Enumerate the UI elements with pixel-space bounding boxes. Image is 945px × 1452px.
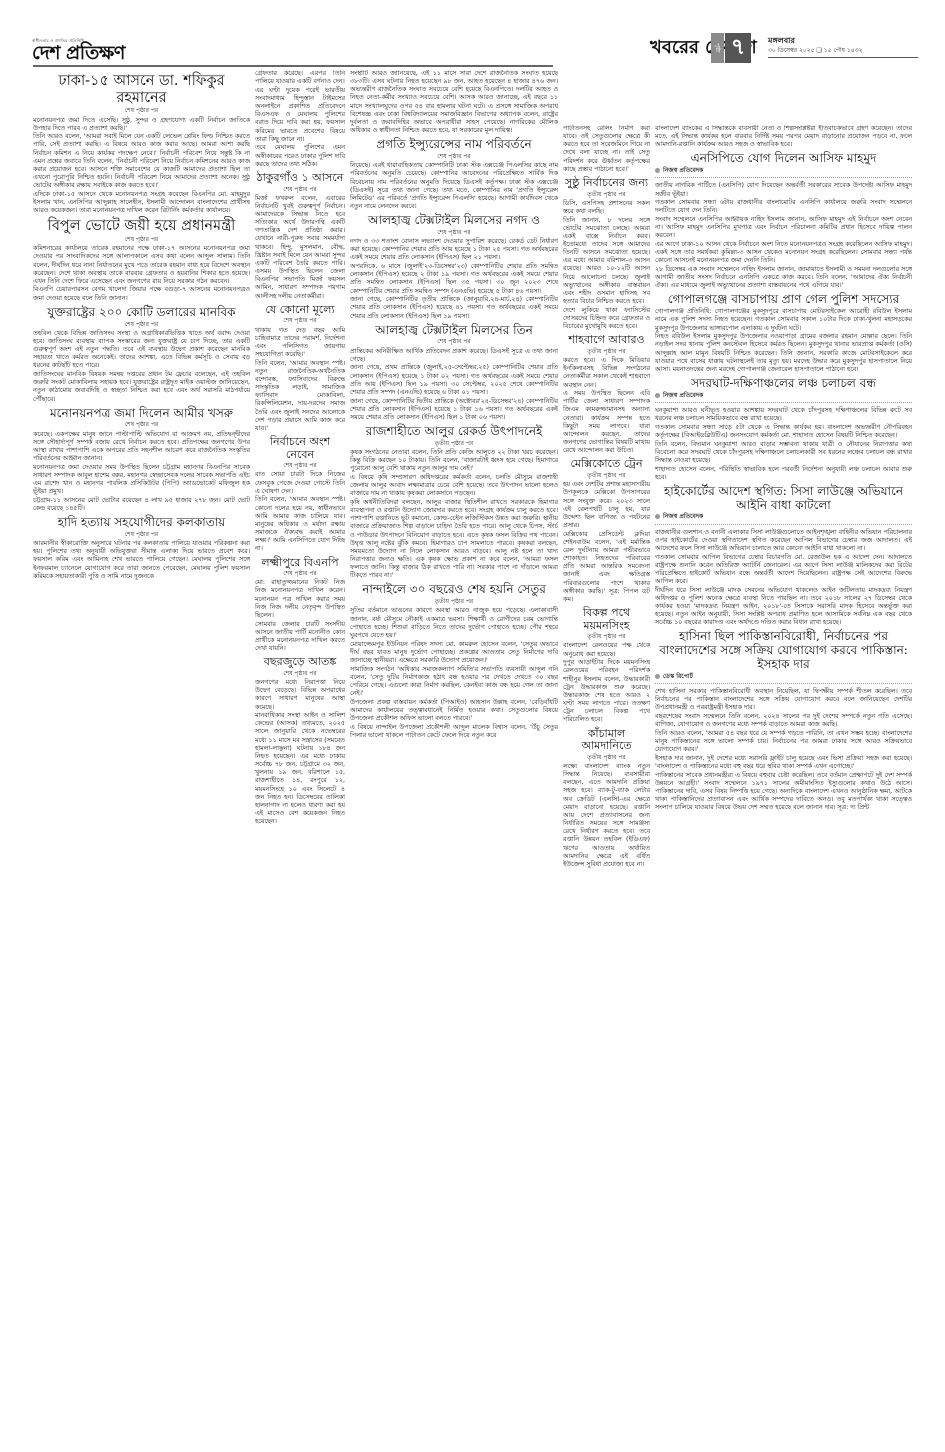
article-highcourt-sisa: হাইকোর্টের আদেশ স্থগিত: সিসা লাউঞ্জে অভি… (655, 485, 912, 628)
article-alhaj-cash: আলহাজ্ব টেক্সটাইল মিলসের নগদ ও শেষ পৃষ্ঠ… (350, 214, 558, 321)
headline: মেক্সিকোতে ট্রেন (563, 458, 650, 471)
headline: এনসিপিতে যোগ দিলেন আসিফ মাহমুদ (655, 152, 912, 166)
article-year-panic-continued: সংস্থাটি আরও জানিয়েছে, এই ১১ মাসে সারা … (350, 70, 558, 135)
paragraph: জাতীয় নাগরিক পার্টিতে (এনসিপি) যোগ দিয়… (655, 182, 912, 198)
paragraph: মনোনয়নপত্র জমা দিতে এসেছি। সুষ্ঠু, সুন্… (33, 117, 250, 133)
paragraph: অপরদিকে, ৬ মাসে (জুলাই'২৩-ডিসেম্বর'২৩) ক… (350, 263, 558, 296)
article-rajshahi-potato: রাজশাহীতে আলুর রেকর্ড উৎপাদনেই তৃতীয় পৃ… (350, 425, 558, 580)
paragraph: এর আগে ঢাকা-১০ আসন থেকে নির্বাচনে অংশ নি… (655, 241, 912, 265)
paragraph: তিনি বলেন, 'আমার অবস্থান স্পষ্ট। কোনো দল… (255, 496, 345, 553)
paragraph: পাটাতনসহ রেলিং নির্মাণ করা যাবে। ওই সেতু… (563, 125, 650, 174)
weekday: মঙ্গলবার (768, 36, 918, 46)
headline: যে কোনো মূল্যে (255, 304, 345, 317)
continued-from: শেষ পৃষ্ঠার পর (33, 421, 250, 429)
headline: যুক্তরাষ্ট্রের ২০০ কোটি ডলারের মানবিক (33, 306, 250, 320)
headline: শাহবাগে আবারও (563, 334, 650, 347)
publication-date: ৩০ ডিসেম্বর ২০২৫ ❑ ১৫ পৌষ ১৪৩২ (768, 46, 918, 58)
paragraph: রাজধানীর গুলশান ও বনানী এলাকার সিসা লাউঞ… (655, 529, 912, 553)
paragraph: প্রান্তিকের অনিরীক্ষিত আর্থিক প্রতিবেদন … (350, 348, 558, 364)
headline: ঢাকা-১৫ আসনে ডা. শফিকুর রহমানের (33, 73, 250, 106)
paragraph: এর ঘণ্টা দুয়েক পরেই ভারতীয় সংবাদমাধ্যম… (255, 87, 345, 144)
paragraph: বিএনপি চেয়ারপারসন বেগম খালেদা জিয়ার পক… (33, 286, 250, 302)
headline: রাজশাহীতে আলুর রেকর্ড উৎপাদনেই (350, 425, 558, 439)
headline: হাসিনা ছিল পাকিস্তানবিরোধী, নির্বাচনের প… (655, 630, 912, 671)
divider (655, 683, 912, 684)
article-us-humanitarian: যুক্তরাষ্ট্রের ২০০ কোটি ডলারের মানবিক শে… (33, 306, 250, 404)
paragraph: তহবিল থেকে বিভিন্ন জাতিসংঘ সংস্থা ও অগ্র… (33, 330, 250, 371)
paragraph: তিনি বলেন, বিদ্যমান ঘনকুয়াশা আরও বাড়ার… (655, 441, 912, 465)
paragraph: চট্টগ্রাম-১১ আসনের মোট ভোটার রয়েছেন ৪ ল… (33, 497, 250, 513)
byline-text: নিজস্ব প্রতিবেদক (663, 513, 703, 520)
paragraph: মানবাধিকার সংস্থা আইন ও সালিশ কেন্দ্রের … (255, 712, 345, 826)
article-any-cost: যে কোনো মূল্যে শেষ পৃষ্ঠার পর থাকায় গত … (255, 304, 345, 433)
paragraph: মোয়াজ্জেমপুর ইউনিয়ন পরিষদ সদস্য মো. কা… (350, 641, 558, 665)
continued-from: শেষ পৃষ্ঠার পর (350, 338, 558, 346)
paragraph: সামাজিক সংগঠন 'অধিকার সমাজকল্যাণ সমিতি'র… (350, 666, 558, 699)
paragraph: বাংলাদেশ রেলওয়ের পক্ষ থেকে অনুরোধ করা হ… (563, 642, 650, 658)
headline: বিকল্প পথে ময়মনসিংহ (563, 607, 650, 632)
headline: বিপুল ভোটে জয়ী হয়ে প্রধানমন্ত্রী (33, 218, 250, 235)
byline-text: নিজস্ব প্রতিবেদক (663, 392, 703, 399)
brand-name: দেশ প্রতিক্ষণ (32, 43, 125, 63)
article-hadi-murder: হাদি হত্যায় সহযোগীদের কলকাতায় শেষ পৃষ্… (33, 516, 250, 581)
headline: সুষ্ঠু নির্বাচনের জন্য (563, 177, 650, 190)
byline: নিজস্ব প্রতিবেদক (655, 513, 912, 521)
column-2: গ্রেফতার করেছে। এরপর তিনি পালিয়ে যাওয়া… (255, 70, 345, 1452)
paragraph: আরমানীর স্বীকারোক্তি অনুসারে ঘটনার পর কল… (33, 540, 250, 581)
paragraph: মির্জা ফখরুল বলেন, এবারের নির্বাচনটি খুব… (255, 195, 345, 301)
byline: নিজস্ব প্রতিবেদক (655, 392, 912, 400)
paragraph: করেছে। একপক্ষের মানুষ জানে পাল্টাপাল্টি … (33, 431, 250, 464)
paragraph: শেখ হাসিনা সরকার পাকিস্তানবিরোধী অবস্থান… (655, 688, 912, 712)
continued-from: শেষ পৃষ্ঠার পর (255, 670, 345, 678)
headline: মনোনয়নপত্র জমা দিলেন আমীর খসরু (33, 407, 250, 421)
masthead: স্বাধীনতার ও প্রগতির প্রতিনিধি দেশ প্রতি… (0, 0, 945, 60)
paragraph: গ্রেফতার করেছে। এরপর তিনি পালিয়ে যাওয়া… (255, 70, 345, 86)
paragraph: নিয়েছে। এরই ধারাবাহিকতায় কোম্পানিটি ঢা… (350, 162, 558, 211)
continued-from: শেষ পৃষ্ঠার পর (350, 229, 558, 237)
headline: লক্ষ্মীপুরে বিএনপি (255, 557, 345, 570)
continued-from: তৃতীয় পৃষ্ঠার পর (563, 754, 650, 762)
paragraph: সোমবার জেলার চারটি সংসদীয় আসনে জাতীয় প… (255, 621, 345, 654)
article-sadarghat-launch: সদরঘাট-দক্ষিণাঞ্চলের লঞ্চ চলাচল বন্ধ নিজ… (655, 377, 912, 482)
byline-text: নিজস্ব প্রতিবেদক (663, 167, 703, 174)
article-mymensingh: বিকল্প পথে ময়মনসিংহ তৃতীয় পৃষ্ঠার পর ব… (563, 607, 650, 725)
paragraph: কৃষক সংগঠনের নেতারা বলেন, তিনি প্রতি কেজ… (350, 449, 558, 473)
paragraph: এ বিষয়ে নান্দাইল উপজেলা প্রকৌশলী আব্দুল… (350, 724, 558, 740)
paragraph: থাকায় গত দেড় বছর আমি চাহিবামাত্র তাদের… (255, 327, 345, 360)
article-ncp-asif: এনসিপিতে যোগ দিলেন আসিফ মাহমুদ নিজস্ব প্… (655, 152, 912, 290)
paragraph: মেক্সিকোর প্রেসিডেন্ট ক্লদিয়া শেইনবাউম … (563, 531, 650, 604)
page-number: ৭ (725, 33, 751, 63)
article-bipul-vote: বিপুল ভোটে জয়ী হয়ে প্রধানমন্ত্রী শেষ প… (33, 218, 250, 302)
paragraph: দুপুর আড়াইটার দিকে ময়মনসিংহ রেলওয়ের প… (563, 659, 650, 724)
paragraph: তিনি জানান, ৮ দলের সঙ্গে ভোটের সমঝোতা চল… (563, 217, 650, 307)
paragraph: নিহত রবিউল ইসলাম মুকসুদপুর উপজেলার নওয়া… (655, 333, 912, 374)
paragraph: বাংলাদেশ ব্যাংকের এ সিদ্ধান্তকে ব্যবসায়… (655, 125, 912, 149)
paragraph: ডিসি, এসপিসহ প্রশাসনের সকল স্তরে কথা বলছ… (563, 200, 650, 216)
paragraph: তিনি আরও বলেন, 'আমরা সবাই মিলে যেন একটি … (33, 133, 250, 190)
paragraph: করতে হবে। এ দিকে মিডিয়ার ইনকিলাবসহ বিভি… (563, 357, 650, 390)
paragraph: গতকাল সোমবার সন্ধ্যা সাড়ে ৫টা থেকে এ সি… (655, 424, 912, 440)
paragraph: এ সময় উপস্থিত ছিলেন এবি পার্টির জেলা সা… (563, 390, 650, 455)
article-thakurgaon: ঠাকুরগাঁও ১ আসনে শেষ পৃষ্ঠার পর মির্জা ফ… (255, 172, 345, 301)
paragraph: দেশে লুকিয়ে থাকা ফ্যাসিস্টের দোসরদের চি… (563, 307, 650, 331)
article-nandail-continued: পাটাতনসহ রেলিং নির্মাণ করা যাবে। ওই সেতু… (563, 125, 650, 174)
paragraph: জনগণের মধ্যে নিরাপত্তা নিয়ে উদ্বেগ বেড়… (255, 679, 345, 712)
paragraph: শাহাদাত হোসেন বলেন, পরিস্থিতি স্বাভাবিক … (655, 466, 912, 482)
byline: ডেস্ক রিপোর্ট (655, 673, 912, 681)
column-1: ঢাকা-১৫ আসনে ডা. শফিকুর রহমানের শেষ পৃষ্… (33, 70, 250, 1452)
headline: আলহাজ্ব টেক্সটাইল মিলসের নগদ ও (350, 214, 558, 228)
headline: বছরজুড়ে আতঙ্ক (255, 656, 345, 669)
headline: নির্বাচনে অংশ নেবেন (255, 436, 345, 461)
article-year-panic: বছরজুড়ে আতঙ্ক শেষ পৃষ্ঠার পর জনগণের মধ্… (255, 656, 345, 826)
article-election-participate: নির্বাচনে অংশ নেবেন শেষ পৃষ্ঠার পর রাত স… (255, 436, 345, 554)
brand-logo: স্বাধীনতার ও প্রগতির প্রতিনিধি দেশ প্রতি… (32, 38, 125, 63)
byline: নিজস্ব প্রতিবেদক (655, 167, 912, 175)
headline: হাদি হত্যায় সহযোগীদের কলকাতায় (33, 516, 250, 530)
divider (655, 177, 912, 178)
paragraph: এ বিষয়ে কৃষি সম্প্রসারণ অধিদপ্তরের কর্ম… (350, 474, 558, 498)
bullet-icon (655, 168, 660, 173)
page-label: পৃষ্ঠা (711, 33, 724, 63)
headline: ঠাকুরগাঁও ১ আসনে (255, 172, 345, 185)
headline: সদরঘাট-দক্ষিণাঞ্চলের লঞ্চ চলাচল বন্ধ (655, 377, 912, 391)
paragraph: গতকাল সোমবার আপিল বিভাগের চেম্বার বিচারপ… (655, 554, 912, 587)
continued-from: শেষ পৃষ্ঠার পর (33, 107, 250, 115)
article-hasina-pakistan: হাসিনা ছিল পাকিস্তানবিরোধী, নির্বাচনের প… (655, 630, 912, 812)
paragraph: গোপালগঞ্জ প্রতিনিধি: গোপালগঞ্জের মুকসুদপ… (655, 308, 912, 332)
paragraph: জানা গেছে, কোম্পানিটির দ্বিতীয় প্রান্তি… (350, 398, 558, 422)
article-lakshmipur: লক্ষ্মীপুরে বিএনপি শেষ পৃষ্ঠার পর মো: রা… (255, 557, 345, 654)
continued-from: শেষ পৃষ্ঠার পর (255, 570, 345, 578)
continued-from: তৃতীয় পৃষ্ঠার পর (563, 472, 650, 480)
column-4: পাটাতনসহ রেলিং নির্মাণ করা যাবে। ওই সেতু… (563, 125, 650, 1452)
continued-from: তৃতীয় পৃষ্ঠার পর (563, 348, 650, 356)
article-fair-election: সুষ্ঠু নির্বাচনের জন্য তৃতীয় পৃষ্ঠার পর… (563, 177, 650, 331)
headline: গোপালগঞ্জে বাসচাপায় প্রাণ গেল পুলিশ সদস… (655, 293, 912, 307)
paragraph: ২৮ ডিসেম্বর এক সংবাদ সম্মেলনে নাহিদ ইসলা… (655, 266, 912, 290)
headline: কাঁচামাল আমদানিতে (563, 728, 650, 753)
paragraph: কৃষি অর্থনীতিবিদরা বলছেন, আলুর বাজার স্থ… (350, 499, 558, 581)
bullet-icon (655, 393, 660, 398)
paragraph: সংবাদ সম্মেলনে এনসিপির আহ্বায়ক নাহিদ ইস… (655, 216, 912, 240)
byline-text: ডেস্ক রিপোর্ট (663, 673, 693, 680)
continued-from: তৃতীয় পৃষ্ঠার পর (350, 598, 558, 606)
paragraph: জানা গেছে, প্রথম প্রান্তিকে (জুলাই,২৫-সে… (350, 364, 558, 397)
paragraph: ইসহাক দার জানান, দুই দেশের মধ্যে সরাসরি … (655, 755, 912, 771)
paragraph: মো: রাহাতুজ্জমানের নিকট নিজ নিজ মনোনয়নপ… (255, 579, 345, 620)
continued-from: শেষ পৃষ্ঠার পর (33, 321, 250, 329)
article-gopalganj-bus: গোপালগঞ্জে বাসচাপায় প্রাণ গেল পুলিশ সদস… (655, 293, 912, 374)
paragraph: তবে মেঘালয় পুলিশের এমন অস্বীকারের পরেও … (255, 144, 345, 168)
article-shahbag: শাহবাগে আবারও তৃতীয় পৃষ্ঠার পর করতে হবে… (563, 334, 650, 455)
paragraph: রাত সোয়া চারটা দিকে নিজের ফেসবুক পেজে দ… (255, 471, 345, 495)
column-5: বাংলাদেশ ব্যাংকের এ সিদ্ধান্তকে ব্যবসায়… (655, 125, 912, 1452)
headline: হাইকোর্টের আদেশ স্থগিত: সিসা লাউঞ্জে অভি… (655, 485, 912, 513)
paragraph: সংস্থাটি আরও জানিয়েছে, এই ১১ মাসে সারা … (350, 70, 558, 135)
article-progoti-insurance: প্রগতি ইন্স্যুরেন্সের নাম পরিবর্তনে শেষ … (350, 138, 558, 211)
article-amir-khasru: মনোনয়নপত্র জমা দিলেন আমীর খসরু শেষ পৃষ্… (33, 407, 250, 514)
paragraph: কমিশনারের কার্যালয়ে তারেক রহমানের পক্ষে… (33, 245, 250, 286)
paragraph: মনোনয়নপত্র জমা দেওয়ার সময় উপস্থিত ছিল… (33, 464, 250, 497)
article-bb-decision: বাংলাদেশ ব্যাংকের এ সিদ্ধান্তকে ব্যবসায়… (655, 125, 912, 149)
article-mexico-train: মেক্সিকোতে ট্রেন তৃতীয় পৃষ্ঠার পর হয় এ… (563, 458, 650, 604)
continued-from: শেষ পৃষ্ঠার পর (350, 153, 558, 161)
continued-from: তৃতীয় পৃষ্ঠার পর (350, 440, 558, 448)
paragraph: ঘনকুয়াশা আরও ঘনীভূত হওয়ার আশঙ্কায় সদর… (655, 407, 912, 423)
divider (655, 402, 912, 403)
column-3: সংস্থাটি আরও জানিয়েছে, এই ১১ মাসে সারা … (350, 70, 558, 1452)
continued-from: শেষ পৃষ্ঠার পর (33, 236, 250, 244)
paragraph: গতকাল সোমবার সন্ধ্যা ৬টায় রাজধানীর বাংল… (655, 199, 912, 215)
paragraph: নগদ ও ৩৩ শতাংশ বোনাস লভ্যাংশ দেওয়ার সুপ… (350, 238, 558, 262)
bullet-icon (655, 674, 660, 679)
paragraph: এদিকে ঢাকা-১৫ আসনে থেকে মনোনয়নপত্র সংগ্… (33, 191, 250, 215)
bullet-icon (655, 514, 660, 519)
paragraph: দীর্ঘদিন ধরে সিসা লাউঞ্জে মাদক সেবনের অভ… (655, 587, 912, 628)
article-raw-material: কাঁচামাল আমদানিতে তৃতীয় পৃষ্ঠার পর লক্ষ… (563, 728, 650, 869)
paragraph: হয় এবং দেশটির প্রশান্ত মহাসাগরীয় উপকূল… (563, 481, 650, 530)
paragraph: পাকিস্তানের সাবেক প্রধানমন্ত্রীরা এ বিষয… (655, 772, 912, 813)
continued-from: শেষ পৃষ্ঠার পর (255, 186, 345, 194)
headline: প্রগতি ইন্স্যুরেন্সের নাম পরিবর্তনে (350, 138, 558, 152)
paragraph: বছরশেষের সংবাদ সম্মেলনে তিনি বলেন, ২০২৪ … (655, 713, 912, 729)
article-nandail-bridge: নান্দাইলে ৩০ বছরেও শেষ হয়নি সেতুর তৃতীয… (350, 583, 558, 739)
article-hadi-continued: গ্রেফতার করেছে। এরপর তিনি পালিয়ে যাওয়া… (255, 70, 345, 169)
paragraph: তিনি আরও বলেন, 'আমরা ৫৪ বছর ধরে যে সম্পর… (655, 730, 912, 754)
continued-from: শেষ পৃষ্ঠার পর (255, 462, 345, 470)
paragraph: উপজেলা প্রকল্প বাস্তবায়ন কর্মকর্তা (পিআ… (350, 699, 558, 723)
date-block: মঙ্গলবার ৩০ ডিসেম্বর ২০২৫ ❑ ১৫ পৌষ ১৪৩২ (768, 36, 918, 58)
article-dhaka15: ঢাকা-১৫ আসনে ডা. শফিকুর রহমানের শেষ পৃষ্… (33, 73, 250, 215)
continued-from: তৃতীয় পৃষ্ঠার পর (563, 633, 650, 641)
continued-from: শেষ পৃষ্ঠার পর (33, 531, 250, 539)
headline: নান্দাইলে ৩০ বছরেও শেষ হয়নি সেতুর (350, 583, 558, 597)
paragraph: লক্ষ্যে বাংলাদেশ ব্যাংক নতুন সিদ্ধান্ত ন… (563, 763, 650, 869)
divider (655, 524, 912, 525)
headline: আলহাজ্ব টেক্সটাইল মিলসের তিন (350, 324, 558, 338)
paragraph: জাতিসংঘের মানবিক বিষয়ক সমন্বয় দপ্তরের … (33, 371, 250, 404)
header-rule (33, 65, 553, 67)
paragraph: তিনি বলেন, 'আমার অবস্থান স্পষ্ট। নতুন রা… (255, 360, 345, 433)
continued-from: তৃতীয় পৃষ্ঠার পর (563, 191, 650, 199)
paragraph: জানা গেছে, কোম্পানিটির তৃতীয় প্রান্তিকে… (350, 296, 558, 320)
article-alhaj-three: আলহাজ্ব টেক্সটাইল মিলসের তিন শেষ পৃষ্ঠার… (350, 324, 558, 422)
continued-from: শেষ পৃষ্ঠার পর (255, 317, 345, 325)
paragraph: সুতির বর্তমানে ভাঙনের কারণে অবস্থা আরও ন… (350, 607, 558, 640)
